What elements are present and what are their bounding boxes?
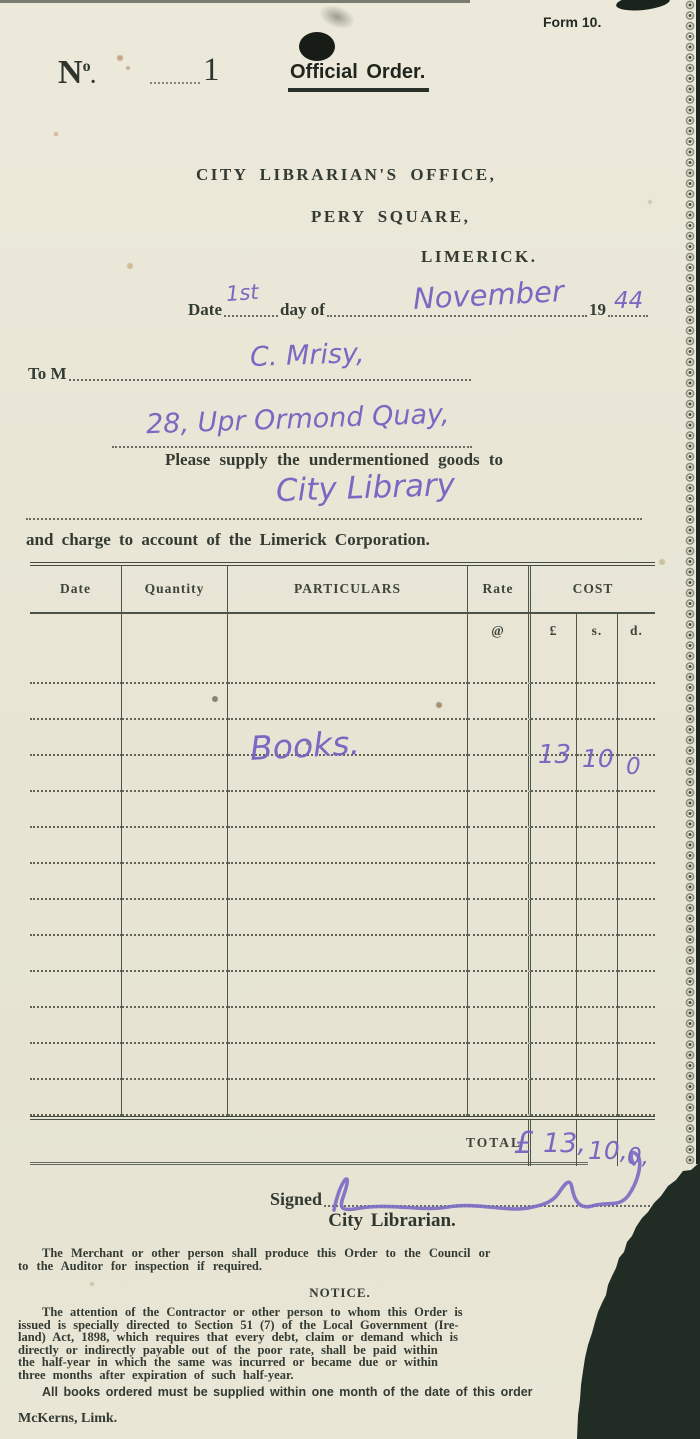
handwritten-year: 44	[614, 288, 643, 314]
blank-cell	[30, 900, 122, 936]
office-city-line: LIMERICK.	[421, 247, 537, 267]
blank-cell	[577, 648, 618, 684]
charge-instruction: and charge to account of the Limerick Co…	[26, 530, 430, 550]
blank-cell	[228, 648, 468, 684]
table-blank-row	[30, 1008, 655, 1044]
form-number-label: Form 10.	[543, 14, 601, 30]
table-blank-row	[30, 972, 655, 1008]
blank-cell	[122, 1008, 228, 1044]
merchant-clause: The Merchant or other person shall produ…	[18, 1247, 682, 1272]
table-body	[30, 648, 655, 1120]
blank-cell	[30, 1008, 122, 1044]
blank-cell	[228, 1080, 468, 1116]
text-line: The Merchant or other person shall produ…	[18, 1247, 682, 1260]
notice-heading: NOTICE.	[0, 1285, 680, 1301]
blank-cell	[468, 684, 531, 720]
numero-n: N	[58, 54, 83, 91]
blank-cell	[228, 792, 468, 828]
blank-cell	[618, 828, 655, 864]
blank-cell	[122, 936, 228, 972]
table-blank-row	[30, 684, 655, 720]
blank-cell	[122, 900, 228, 936]
blank-cell	[228, 1044, 468, 1080]
blank-cell	[577, 936, 618, 972]
blank-cell	[618, 972, 655, 1008]
year-prefix-label: 19	[589, 300, 606, 320]
blank-cell	[531, 972, 577, 1008]
blank-cell	[468, 864, 531, 900]
blank-cell	[228, 828, 468, 864]
handwritten-particulars: Books.	[249, 723, 361, 768]
blank-cell	[531, 1008, 577, 1044]
blank-cell	[618, 900, 655, 936]
handwritten-day: 1st	[225, 280, 259, 306]
office-street-line: PERY SQUARE,	[311, 207, 470, 227]
table-blank-row	[30, 864, 655, 900]
handwritten-entry-pence: 0	[626, 754, 641, 780]
blank-cell	[30, 972, 122, 1008]
blank-cell	[531, 936, 577, 972]
blank-cell	[531, 828, 577, 864]
order-table: Date Quantity PARTICULARS Rate COST @ £ …	[30, 562, 655, 1166]
blank-cell	[122, 1080, 228, 1116]
blank-cell	[122, 1044, 228, 1080]
blank-cell	[618, 720, 655, 756]
books-supply-note: All books ordered must be supplied withi…	[18, 1385, 686, 1399]
handwritten-total-shillings: 10,	[588, 1136, 628, 1165]
blank-cell	[122, 864, 228, 900]
blank-cell	[468, 720, 531, 756]
blank-cell	[618, 1080, 655, 1116]
subheader-at: @	[468, 614, 531, 648]
blank-cell	[122, 648, 228, 684]
blank-cell	[618, 864, 655, 900]
blank-cell	[531, 1080, 577, 1116]
counterfoil-perforation-edge	[684, 0, 696, 1164]
blank-cell	[30, 1080, 122, 1116]
blank-cell	[30, 720, 122, 756]
total-blank	[122, 1120, 228, 1166]
blank-cell	[122, 720, 228, 756]
blank-cell	[577, 1044, 618, 1080]
blank-cell	[30, 864, 122, 900]
printer-imprint: McKerns, Limk.	[18, 1411, 117, 1427]
blank-cell	[577, 684, 618, 720]
foxing-stains	[0, 0, 4, 4]
document-title: Official Order.	[288, 61, 429, 92]
blank-cell	[531, 1044, 577, 1080]
blank-cell	[228, 972, 468, 1008]
handwritten-recipient-name: C. Mrisy,	[249, 338, 364, 373]
col-header-rate: Rate	[468, 566, 531, 612]
signed-label: Signed	[270, 1189, 322, 1210]
order-number-value: 1	[203, 52, 220, 89]
blank-cell	[577, 1008, 618, 1044]
blank-cell	[228, 936, 468, 972]
text-line: to the Auditor for inspection if require…	[18, 1260, 682, 1273]
blank-cell	[228, 684, 468, 720]
blank-cell	[531, 900, 577, 936]
blank-cell	[228, 864, 468, 900]
binding-edge-shadow	[696, 0, 700, 1164]
col-header-quantity: Quantity	[122, 566, 228, 612]
subheader-blank	[122, 614, 228, 648]
date-label: Date	[188, 300, 222, 320]
handwritten-total-currency: £	[514, 1126, 533, 1161]
text-line: land) Act, 1898, which requires that eve…	[18, 1331, 686, 1344]
blank-cell	[468, 1080, 531, 1116]
blank-cell	[122, 828, 228, 864]
blank-cell	[30, 792, 122, 828]
blank-cell	[468, 972, 531, 1008]
blank-cell	[531, 648, 577, 684]
punch-hole-dot	[299, 32, 335, 61]
table-blank-row	[30, 792, 655, 828]
blank-cell	[531, 684, 577, 720]
col-header-date: Date	[30, 566, 122, 612]
handwritten-total-pence: 0,	[627, 1144, 649, 1170]
subheader-blank	[30, 614, 122, 648]
blank-cell	[468, 1044, 531, 1080]
notice-clause: The attention of the Contractor or other…	[18, 1306, 686, 1382]
col-header-cost: COST	[531, 566, 655, 612]
handwritten-entry-shillings: 10	[582, 744, 614, 773]
number-dotted-leader	[150, 82, 200, 84]
ink-smudge	[315, 0, 358, 34]
subheader-pounds: £	[531, 614, 577, 648]
scan-edge-shadow	[0, 0, 470, 3]
blank-cell	[468, 756, 531, 792]
blank-cell	[30, 1044, 122, 1080]
day-of-label: day of	[280, 300, 325, 320]
subheader-pence: d.	[618, 614, 655, 648]
blank-cell	[468, 1008, 531, 1044]
table-blank-row	[30, 900, 655, 936]
blank-cell	[30, 756, 122, 792]
blank-cell	[618, 648, 655, 684]
blank-cell	[228, 1008, 468, 1044]
blank-cell	[122, 684, 228, 720]
order-form-page: Form 10. No. 1 Official Order. CITY LIBR…	[0, 0, 700, 1439]
blank-cell	[122, 792, 228, 828]
subheader-shillings: s.	[577, 614, 618, 648]
blank-cell	[577, 900, 618, 936]
supply-instruction: Please supply the undermentioned goods t…	[0, 450, 668, 470]
blank-cell	[618, 936, 655, 972]
signer-title: City Librarian.	[272, 1210, 512, 1232]
text-line: three months after expiration of such ha…	[18, 1369, 686, 1382]
to-label: To M	[28, 364, 67, 384]
blank-cell	[30, 684, 122, 720]
blank-cell	[468, 792, 531, 828]
table-header-row: Date Quantity PARTICULARS Rate COST	[30, 562, 655, 614]
blank-cell	[30, 828, 122, 864]
order-number-label: No.	[58, 54, 96, 92]
table-blank-row	[30, 828, 655, 864]
blank-cell	[468, 648, 531, 684]
blank-cell	[577, 972, 618, 1008]
office-name-line: CITY LIBRARIAN'S OFFICE,	[196, 165, 496, 185]
blank-cell	[618, 684, 655, 720]
blank-cell	[577, 792, 618, 828]
blank-cell	[531, 792, 577, 828]
handwritten-supply-to: City Library	[275, 467, 455, 509]
blank-cell	[468, 828, 531, 864]
blank-cell	[618, 1044, 655, 1080]
blank-cell	[618, 792, 655, 828]
handwritten-total-pounds: 13,	[543, 1128, 586, 1159]
numero-o: o	[83, 58, 91, 75]
blank-cell	[577, 1080, 618, 1116]
blank-cell	[468, 936, 531, 972]
numero-dot: .	[91, 66, 96, 88]
blank-cell	[577, 828, 618, 864]
text-line: The attention of the Contractor or other…	[18, 1306, 686, 1319]
total-blank	[30, 1120, 122, 1166]
table-blank-row	[30, 1080, 655, 1116]
blank-cell	[122, 972, 228, 1008]
blank-cell	[30, 648, 122, 684]
blank-cell	[468, 900, 531, 936]
handwritten-entry-pounds: 13	[538, 740, 571, 770]
corner-ink-blot	[615, 0, 670, 13]
blank-cell	[531, 864, 577, 900]
blank-cell	[618, 1008, 655, 1044]
table-blank-row	[30, 648, 655, 684]
blank-cell	[30, 936, 122, 972]
table-subheader-row: @ £ s. d.	[30, 614, 655, 648]
col-header-particulars: PARTICULARS	[228, 566, 468, 612]
blank-cell	[122, 756, 228, 792]
blank-cell	[228, 900, 468, 936]
subheader-blank	[228, 614, 468, 648]
table-blank-row	[30, 1044, 655, 1080]
table-blank-row	[30, 936, 655, 972]
blank-cell	[577, 864, 618, 900]
